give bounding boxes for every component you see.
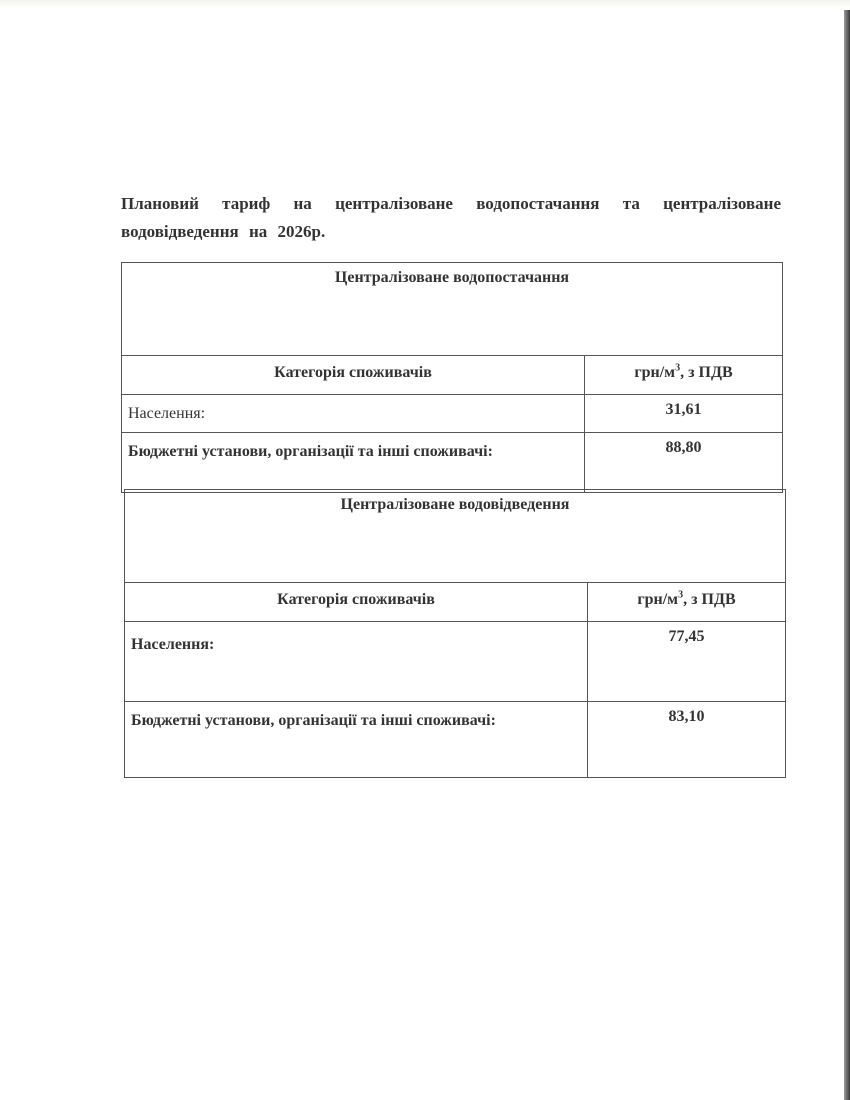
scan-top-edge: [0, 0, 850, 8]
scan-right-edge: [844, 10, 850, 1100]
column-header-category: Категорія споживачів: [122, 356, 585, 395]
row-category: Бюджетні установи, організації та інші с…: [125, 702, 588, 778]
document-title: Плановий тариф на централізоване водопос…: [121, 190, 781, 246]
row-value: 83,10: [588, 702, 786, 778]
table-row: Бюджетні установи, організації та інші с…: [122, 433, 783, 493]
section-heading: Централізоване водовідведення: [125, 490, 786, 583]
table-row: Населення: 31,61: [122, 395, 783, 433]
row-value: 77,45: [588, 622, 786, 702]
column-header-unit: грн/м3, з ПДВ: [585, 356, 783, 395]
row-category: Населення:: [122, 395, 585, 433]
row-category: Бюджетні установи, організації та інші с…: [122, 433, 585, 493]
section-heading: Централізоване водопостачання: [122, 263, 783, 356]
water-drainage-table: Централізоване водовідведення Категорія …: [124, 489, 786, 778]
table-row: Населення: 77,45: [125, 622, 786, 702]
row-category: Населення:: [125, 622, 588, 702]
water-supply-table: Централізоване водопостачання Категорія …: [121, 262, 783, 493]
row-value: 88,80: [585, 433, 783, 493]
table-row: Бюджетні установи, організації та інші с…: [125, 702, 786, 778]
column-header-category: Категорія споживачів: [125, 583, 588, 622]
row-value: 31,61: [585, 395, 783, 433]
column-header-unit: грн/м3, з ПДВ: [588, 583, 786, 622]
